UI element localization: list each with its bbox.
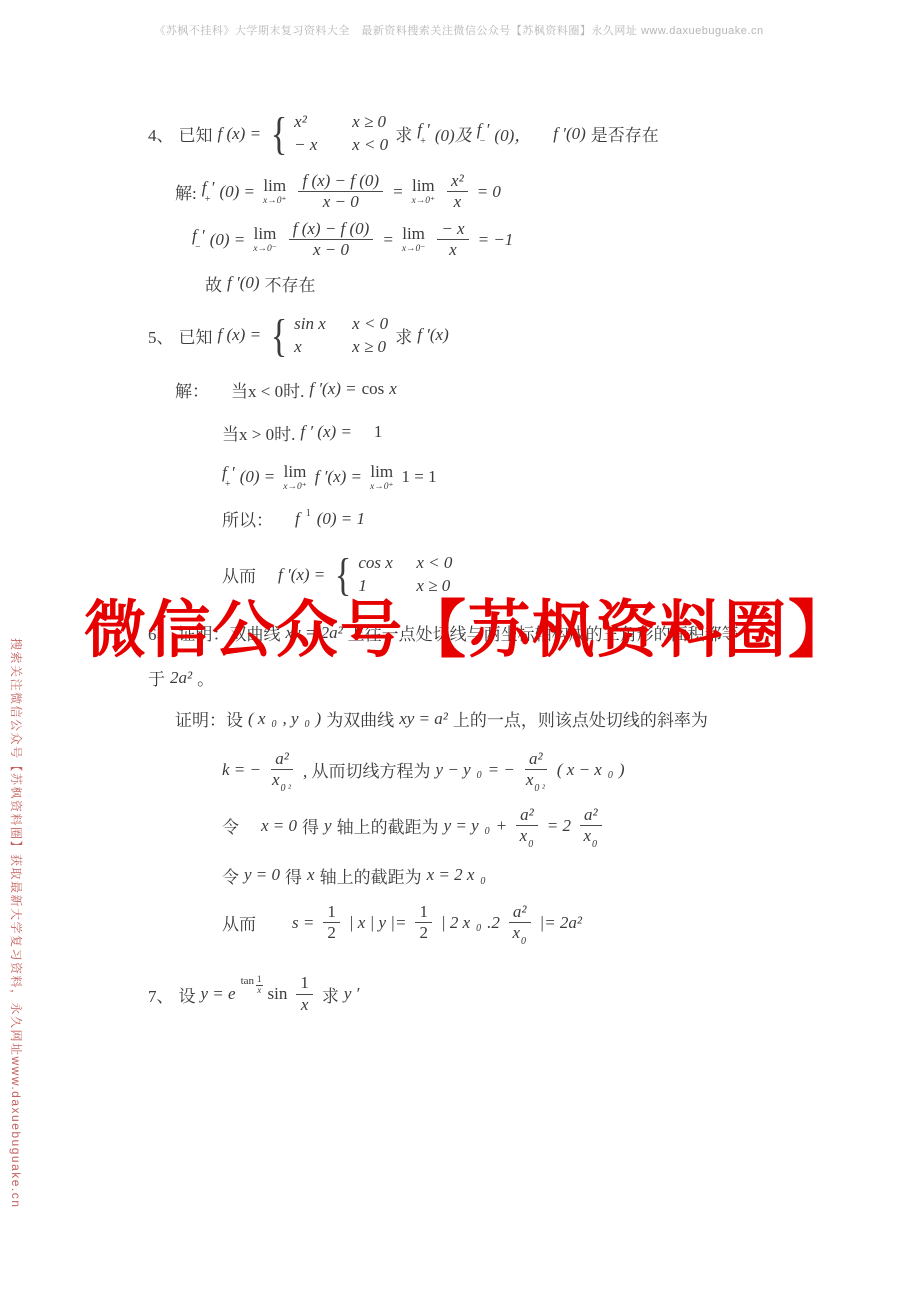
math-fragment: (0) = — [240, 467, 276, 487]
solution-text: 从而 — [222, 562, 256, 587]
solution-6-area: 从而 s = 12 | x | y |= 12 | 2 x 0 .2 a² x0… — [222, 902, 918, 944]
math-fragment: x — [512, 923, 520, 943]
case-column: cos xx < 0 1x ≥ 0 — [358, 553, 452, 596]
problem-7-statement: 7、 设 y = e tan 1x sin 1x 求 y ′ — [148, 973, 918, 1015]
math-fragment: x — [272, 770, 280, 790]
problem-text: 设 — [179, 982, 196, 1007]
operator: cos — [362, 379, 385, 399]
case-condition: x < 0 — [352, 314, 388, 334]
fraction: 1x — [296, 973, 313, 1015]
math-fragment: = 0 — [477, 182, 501, 202]
derivative-plus: f ′+ — [202, 179, 215, 205]
math-fragment: s = — [292, 913, 314, 933]
math-fragment: x — [584, 826, 592, 846]
fraction: a² x0 ² — [270, 749, 294, 791]
denominator: x0 — [518, 826, 537, 846]
case-value: x — [294, 337, 352, 357]
solution-text: 当x > 0时. — [222, 420, 295, 445]
fraction: a² x0 — [516, 805, 538, 847]
math-fragment: = −1 — [478, 230, 514, 250]
solution-6-x-intercept: 令 y = 0 得 x 轴上的截距为 x = 2 x 0 — [222, 863, 918, 888]
limit-operator: lim — [254, 225, 277, 242]
case-condition: x ≥ 0 — [352, 112, 386, 132]
solution-text: 得 — [285, 863, 302, 888]
solution-text: 从而 — [222, 910, 256, 935]
math-fragment: f ′ (x) = — [300, 422, 352, 442]
math-fragment: x — [307, 865, 315, 885]
math-fragment: x — [520, 826, 528, 846]
subscript: + — [222, 480, 231, 490]
limit-operator: lim — [370, 463, 393, 480]
exponent-block: tan 1x — [241, 975, 263, 996]
case-value: x² — [294, 112, 352, 132]
fraction: a² x0 — [509, 902, 531, 944]
math-fragment: y ′ — [344, 984, 360, 1004]
denominator: x — [299, 995, 311, 1015]
limit-subscript: x→0⁺ — [370, 483, 393, 493]
math-fragment: | x | y |= — [349, 913, 407, 933]
limit-operator: lim — [412, 177, 435, 194]
solution-6-slope-and-tangent: k = − a² x0 ² , 从而切线方程为 y − y 0 = − a² x… — [222, 749, 918, 791]
operator: tan — [241, 975, 254, 987]
math-fragment: f ′(x) = — [315, 467, 362, 487]
subscript: 0 — [477, 770, 482, 781]
brace-icon: { — [271, 316, 288, 355]
fraction: x²x — [447, 171, 468, 213]
solution-text: 为双曲线 — [326, 706, 394, 731]
solution-text: 轴上的截距为 — [320, 863, 422, 888]
case-column: sin xx < 0 xx ≥ 0 — [294, 314, 388, 357]
math-fragment: + — [496, 816, 507, 836]
numerator: x² — [447, 171, 468, 192]
math-fragment: (0)及 — [435, 121, 472, 146]
math-fragment: = − — [488, 760, 515, 780]
problem-text: 已知 — [179, 121, 213, 146]
denominator: x − 0 — [311, 240, 351, 260]
problem-text: 求 — [322, 982, 339, 1007]
math-fragment: f ′(x) = — [309, 379, 356, 399]
subscript: 0 — [485, 826, 490, 837]
solution-text: 轴上的截距为 — [337, 813, 439, 838]
limit: limx→0⁺ — [370, 463, 393, 493]
limit-subscript: x→0⁺ — [263, 197, 286, 207]
math-fragment: | 2 x — [441, 913, 470, 933]
derivative-plus: f ′+ — [222, 464, 235, 490]
piecewise-definition: { cos xx < 0 1x ≥ 0 — [332, 553, 452, 596]
math-fragment: 2a² — [170, 668, 192, 688]
math-fragment: = — [382, 230, 393, 250]
problem-4-statement: 4、 已知 f (x) = { x²x ≥ 0 − xx < 0 求 f ′+ … — [148, 112, 918, 155]
fraction: 12 — [323, 902, 340, 944]
conclusion-text: 不存在 — [265, 271, 316, 296]
solution-text: 当x < 0时. — [231, 377, 304, 402]
math-fragment: f — [295, 509, 300, 529]
subscript: 0 ² — [281, 783, 292, 795]
limit: limx→0⁺ — [283, 463, 306, 493]
solution-5-right-derivative: f ′+ (0) = limx→0⁺ f ′(x) = limx→0⁺ 1 = … — [222, 463, 918, 493]
math-fragment: x = 2 x — [427, 865, 475, 885]
math-fragment: y − y — [436, 760, 471, 780]
problem-text: 求 — [395, 121, 412, 146]
case-column: x²x ≥ 0 − xx < 0 — [294, 112, 388, 155]
math-fragment: y = 0 — [244, 865, 280, 885]
case-value: − x — [294, 135, 352, 155]
fraction: f (x) − f (0)x − 0 — [289, 219, 374, 261]
denominator: 2 — [417, 923, 430, 943]
subscript: − — [477, 137, 486, 147]
case-row: xx ≥ 0 — [294, 337, 388, 357]
derivative-minus: f ′− — [192, 227, 205, 253]
case-condition: x < 0 — [416, 553, 452, 573]
math-fragment: ) — [619, 760, 625, 780]
side-watermark-text: 搜索关注微信公众号【苏枫资料圈】获取最新大学复习资料，永久网址www.daxue… — [8, 638, 25, 1208]
math-fragment: = 2 — [547, 816, 571, 836]
solution-text: , 从而切线方程为 — [303, 757, 431, 782]
denominator: x — [447, 240, 459, 260]
problem-number: 7、 — [148, 982, 174, 1007]
solution-5-conclusion: 所以： f 1 (0) = 1 — [222, 506, 918, 531]
math-fragment: ( x — [248, 709, 265, 729]
operator: sin — [268, 984, 288, 1004]
problem-text: 已知 — [179, 323, 213, 348]
problem-text: 。 — [197, 665, 214, 690]
math-fragment: f ′(x) = — [278, 565, 325, 585]
fraction: − xx — [437, 219, 468, 261]
document-content: 4、 已知 f (x) = { x²x ≥ 0 − xx < 0 求 f ′+ … — [0, 112, 918, 1015]
denominator: 2 — [325, 923, 338, 943]
solution-text: 得 — [302, 813, 319, 838]
math-fragment: y = e — [201, 984, 236, 1004]
case-condition: x < 0 — [352, 135, 388, 155]
subscript: 0 — [305, 719, 310, 730]
subscript: 0 — [608, 770, 613, 781]
solution-text: 令 — [222, 813, 239, 838]
math-fragment: , y — [282, 709, 298, 729]
subscript: 0 — [528, 839, 533, 851]
math-fragment: (0) = — [210, 230, 246, 250]
case-row: cos xx < 0 — [358, 553, 452, 573]
problem-6-statement-line2: 于 2a² 。 — [148, 665, 918, 690]
subscript: − — [192, 243, 201, 253]
limit-subscript: x→0⁻ — [402, 245, 425, 255]
limit-operator: lim — [284, 463, 307, 480]
solution-4-left-derivative: f ′− (0) = limx→0⁻ f (x) − f (0)x − 0 = … — [192, 219, 918, 261]
math-fragment: y — [324, 816, 332, 836]
math-fragment: (0)， — [494, 121, 531, 146]
case-row: x²x ≥ 0 — [294, 112, 388, 132]
denominator: x — [257, 986, 261, 996]
fraction: 12 — [415, 902, 432, 944]
solution-4-right-derivative: 解: f ′+ (0) = limx→0⁺ f (x) − f (0)x − 0… — [175, 171, 918, 213]
math-fragment: ( x − x — [557, 760, 602, 780]
subscript: + — [417, 137, 426, 147]
conclusion-text: 故 — [205, 271, 222, 296]
math-fragment: f ′(0) — [227, 273, 260, 293]
numerator: a² — [516, 805, 538, 826]
math-fragment: x — [389, 379, 397, 399]
math-fragment: 1 — [374, 422, 383, 442]
solution-text: 令 — [222, 863, 239, 888]
brace-icon: { — [271, 114, 288, 153]
fraction: f (x) − f (0)x − 0 — [298, 171, 383, 213]
superscript: 1 — [306, 508, 311, 519]
math-fragment: .2 — [487, 913, 500, 933]
numerator: a² — [271, 749, 293, 770]
math-fragment: k = − — [222, 760, 261, 780]
document-page: { "header": { "text": "《苏枫不挂科》大学期末复习资料大全… — [0, 0, 918, 1298]
limit-subscript: x→0⁺ — [283, 483, 306, 493]
denominator: x0 — [510, 923, 529, 943]
subscript: + — [202, 195, 211, 205]
brace-icon: { — [335, 555, 352, 594]
problem-number: 5、 — [148, 323, 174, 348]
subscript: 0 — [480, 876, 485, 887]
limit: limx→0⁺ — [263, 177, 286, 207]
numerator: 1 — [323, 902, 340, 923]
fraction: a² x0 ² — [524, 749, 548, 791]
case-value: cos x — [358, 553, 416, 573]
subscript: 0 — [592, 839, 597, 851]
denominator: x0 ² — [270, 770, 294, 790]
case-value: sin x — [294, 314, 352, 334]
page-header-text: 《苏枫不挂科》大学期末复习资料大全 最新资料搜索关注微信公众号【苏枫资料圈】永久… — [0, 22, 918, 38]
case-condition: x ≥ 0 — [352, 337, 386, 357]
limit: limx→0⁻ — [253, 225, 276, 255]
numerator: − x — [437, 219, 468, 240]
math-fragment: |= 2a² — [540, 913, 583, 933]
limit-subscript: x→0⁺ — [412, 197, 435, 207]
math-fragment: x — [526, 770, 534, 790]
problem-5-statement: 5、 已知 f (x) = { sin xx < 0 xx ≥ 0 求 f ′(… — [148, 314, 918, 357]
solution-5-case-negative: 解： 当x < 0时. f ′(x) = cos x — [175, 377, 918, 402]
math-fragment: x = 0 — [261, 816, 297, 836]
math-fragment: y = y — [444, 816, 479, 836]
math-fragment: f ′ — [417, 121, 430, 138]
piecewise-definition: { x²x ≥ 0 − xx < 0 — [268, 112, 388, 155]
denominator: x − 0 — [321, 192, 361, 212]
problem-number: 4、 — [148, 121, 174, 146]
math-fragment: ) — [316, 709, 322, 729]
numerator: a² — [509, 902, 531, 923]
math-fragment: f ′(0) — [553, 124, 586, 144]
fraction: a² x0 — [580, 805, 602, 847]
conclusion-label: 所以： — [222, 506, 273, 531]
math-fragment: f (x) = — [218, 325, 262, 345]
center-watermark-text: 微信公众号【苏枫资料圈】 — [84, 594, 852, 668]
subscript: 0 — [521, 936, 526, 948]
math-fragment: f (x) = — [218, 124, 262, 144]
denominator: x0 — [582, 826, 601, 846]
solution-5-piecewise-result: 从而 f ′(x) = { cos xx < 0 1x ≥ 0 — [222, 553, 918, 596]
case-row: − xx < 0 — [294, 135, 388, 155]
limit-subscript: x→0⁻ — [253, 245, 276, 255]
limit: limx→0⁺ — [412, 177, 435, 207]
tiny-fraction: 1x — [256, 975, 263, 996]
math-fragment: (0) = 1 — [317, 509, 365, 529]
numerator: 1 — [415, 902, 432, 923]
numerator: f (x) − f (0) — [289, 219, 374, 240]
subscript: 0 — [476, 923, 481, 934]
denominator: x0 ² — [524, 770, 548, 790]
solution-label: 解： — [175, 377, 209, 402]
solution-4-conclusion: 故 f ′(0) 不存在 — [205, 271, 918, 296]
math-fragment: 1 = 1 — [402, 467, 437, 487]
derivative-minus: f ′− — [477, 121, 490, 147]
case-row: sin xx < 0 — [294, 314, 388, 334]
limit-operator: lim — [402, 225, 425, 242]
solution-text: 上的一点，则该点处切线的斜率为 — [453, 706, 708, 731]
solution-label: 证明：设 — [175, 706, 243, 731]
solution-6-y-intercept: 令 x = 0 得 y 轴上的截距为 y = y 0 + a² x0 = 2 a… — [222, 805, 918, 847]
subscript: 0 — [271, 719, 276, 730]
subscript: 0 ² — [534, 783, 545, 795]
numerator: f (x) − f (0) — [298, 171, 383, 192]
math-fragment: f ′(x) — [417, 325, 449, 345]
numerator: 1 — [296, 973, 313, 994]
numerator: a² — [580, 805, 602, 826]
denominator: x — [452, 192, 464, 212]
math-fragment: f ′ — [477, 121, 490, 138]
solution-5-case-positive: 当x > 0时. f ′ (x) = 1 — [222, 420, 918, 445]
derivative-plus: f ′+ — [417, 121, 430, 147]
problem-text: 是否存在 — [591, 121, 659, 146]
solution-label: 解: — [175, 179, 197, 204]
math-fragment: xy = a² — [399, 709, 448, 729]
limit-operator: lim — [263, 177, 286, 194]
solution-6-setup: 证明：设 ( x 0 , y 0 ) 为双曲线 xy = a² 上的一点，则该点… — [175, 706, 918, 731]
math-fragment: (0) = — [219, 182, 255, 202]
math-fragment: = — [392, 182, 403, 202]
problem-text: 于 — [148, 665, 165, 690]
piecewise-definition: { sin xx < 0 xx ≥ 0 — [268, 314, 388, 357]
numerator: a² — [525, 749, 547, 770]
limit: limx→0⁻ — [402, 225, 425, 255]
problem-text: 求 — [395, 323, 412, 348]
